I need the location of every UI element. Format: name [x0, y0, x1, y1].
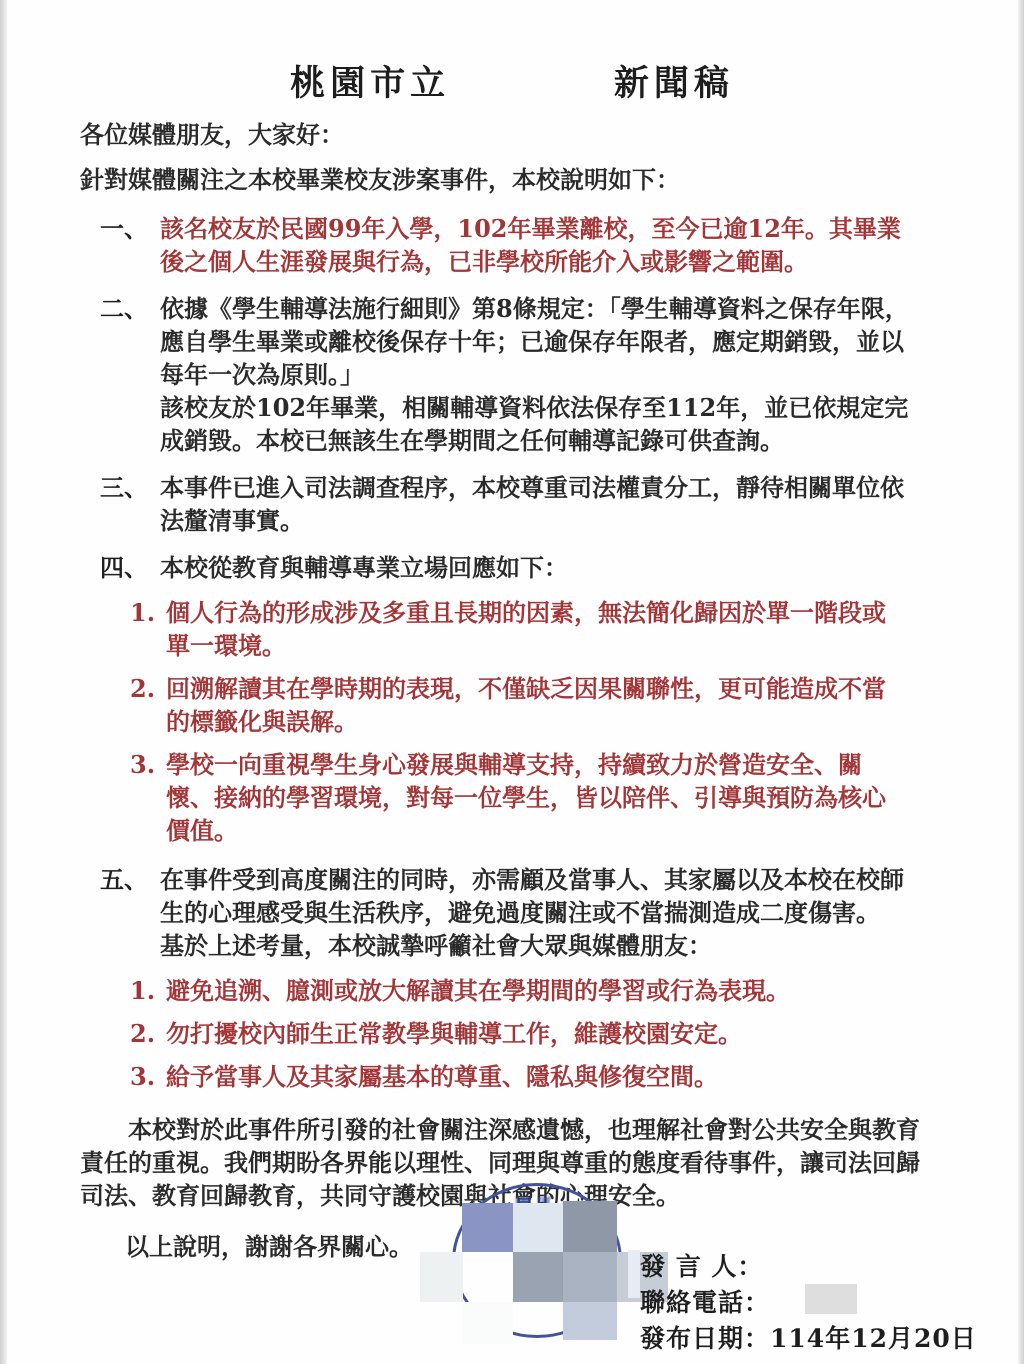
- section-2: 二、 依據《學生輔導法施行細則》第8條規定：「學生輔導資料之保存年限，應自學生畢…: [80, 292, 944, 457]
- subitem-text: 個人行為的形成涉及多重且長期的因素，無法簡化歸因於單一階段或單一環境。: [166, 596, 906, 662]
- redaction-mosaic-block: [563, 1201, 617, 1252]
- section-1: 一、 該名校友於民國99年入學，102年畢業離校，至今已逾12年。其畢業後之個人…: [80, 212, 944, 278]
- subitem: 2. 勿打擾校內師生正常教學與輔導工作，維護校園安定。: [130, 1017, 944, 1050]
- redaction-mosaic-block: [420, 1252, 463, 1302]
- title-school-prefix: 桃園市立: [290, 56, 450, 106]
- redaction-mosaic-block: [462, 1203, 513, 1252]
- subitem: 2. 回溯解讀其在學時期的表現，不僅缺乏因果關聯性，更可能造成不當的標籤化與誤解…: [130, 672, 944, 738]
- subitem: 1. 個人行為的形成涉及多重且長期的因素，無法簡化歸因於單一階段或單一環境。: [130, 596, 944, 662]
- section-2-paragraph-2: 該校友於102年畢業，相關輔導資料依法保存至112年，並已依規定完成銷毀。本校已…: [160, 391, 918, 457]
- section-5-paragraph-2: 基於上述考量，本校誠摯呼籲社會大眾與媒體朋友：: [160, 929, 918, 962]
- subitem-text: 給予當事人及其家屬基本的尊重、隱私與修復空間。: [166, 1060, 906, 1093]
- subitem-text: 回溯解讀其在學時期的表現，不僅缺乏因果關聯性，更可能造成不當的標籤化與誤解。: [166, 672, 906, 738]
- subitem-number: 2.: [130, 1017, 166, 1050]
- section-5-number: 五、: [100, 863, 160, 962]
- title-suffix: ·新聞稿: [608, 56, 734, 106]
- section-2-text: 依據《學生輔導法施行細則》第8條規定：「學生輔導資料之保存年限，應自學生畢業或離…: [160, 292, 918, 457]
- redaction-mosaic-block: [628, 1250, 640, 1298]
- section-3-text: 本事件已進入司法調查程序，本校尊重司法權責分工，靜待相關單位依法釐清事實。: [160, 471, 918, 537]
- greeting-line: 各位媒體朋友，大家好：: [80, 118, 944, 151]
- section-3: 三、 本事件已進入司法調查程序，本校尊重司法權責分工，靜待相關單位依法釐清事實。: [80, 471, 944, 537]
- redaction-mosaic-block: [563, 1252, 617, 1302]
- redaction-mosaic-block: [462, 1302, 513, 1344]
- section-5-subitems: 1. 避免追溯、臆測或放大解讀其在學期間的學習或行為表現。 2. 勿打擾校內師生…: [80, 974, 944, 1093]
- section-3-number: 三、: [100, 471, 160, 537]
- redaction-mosaic-block: [563, 1302, 617, 1340]
- release-date-line: 發布日期：114年12月20日: [640, 1319, 977, 1355]
- scan-edge-right: [1018, 0, 1024, 1364]
- section-1-text: 該名校友於民國99年入學，102年畢業離校，至今已逾12年。其畢業後之個人生涯發…: [160, 212, 918, 278]
- subitem-number: 1.: [130, 596, 166, 662]
- release-date-value: 114年12月20日: [770, 1324, 977, 1353]
- section-4-text: 本校從教育與輔導專業立場回應如下：: [160, 551, 918, 584]
- section-2-paragraph-1: 依據《學生輔導法施行細則》第8條規定：「學生輔導資料之保存年限，應自學生畢業或離…: [160, 292, 918, 391]
- spokesperson-line: 發 言 人：: [640, 1247, 763, 1283]
- redaction-mosaic-block: [513, 1203, 563, 1252]
- section-4: 四、 本校從教育與輔導專業立場回應如下：: [80, 551, 944, 584]
- scan-edge-left: [0, 0, 7, 1364]
- document-title: 桃園市立 ·新聞稿: [80, 56, 944, 102]
- subitem-number: 3.: [130, 1060, 166, 1093]
- release-date-label: 發布日期：: [640, 1324, 770, 1353]
- redaction-mosaic-block: [513, 1252, 563, 1302]
- section-1-number: 一、: [100, 212, 160, 278]
- section-5-text: 在事件受到高度關注的同時，亦需顧及當事人、其家屬以及本校在校師生的心理感受與生活…: [160, 863, 918, 962]
- subitem-text: 學校一向重視學生身心發展與輔導支持，持續致力於營造安全、關懷、接納的學習環境，對…: [166, 748, 906, 847]
- contact-phone-line: 聯絡電話：: [640, 1283, 770, 1319]
- press-release-document: 桃園市立 ·新聞稿 各位媒體朋友，大家好： 針對媒體關注之本校畢業校友涉案事件，…: [0, 0, 1024, 1364]
- subitem: 3. 學校一向重視學生身心發展與輔導支持，持續致力於營造安全、關懷、接納的學習環…: [130, 748, 944, 847]
- stray-scan-mark: ·: [622, 79, 628, 100]
- section-4-subitems: 1. 個人行為的形成涉及多重且長期的因素，無法簡化歸因於單一階段或單一環境。 2…: [80, 596, 944, 847]
- document-content: 桃園市立 ·新聞稿 各位媒體朋友，大家好： 針對媒體關注之本校畢業校友涉案事件，…: [0, 0, 1024, 1263]
- intro-line: 針對媒體關注之本校畢業校友涉案事件，本校說明如下：: [80, 163, 944, 196]
- section-5-paragraph-1: 在事件受到高度關注的同時，亦需顧及當事人、其家屬以及本校在校師生的心理感受與生活…: [160, 863, 918, 929]
- subitem-number: 2.: [130, 672, 166, 738]
- subitem-text: 勿打擾校內師生正常教學與輔導工作，維護校園安定。: [166, 1017, 906, 1050]
- section-5: 五、 在事件受到高度關注的同時，亦需顧及當事人、其家屬以及本校在校師生的心理感受…: [80, 863, 944, 962]
- section-2-number: 二、: [100, 292, 160, 457]
- subitem-number: 3.: [130, 748, 166, 847]
- subitem-number: 1.: [130, 974, 166, 1007]
- phone-redaction-block: [805, 1284, 857, 1314]
- subitem-text: 避免追溯、臆測或放大解讀其在學期間的學習或行為表現。: [166, 974, 906, 1007]
- subitem: 3. 給予當事人及其家屬基本的尊重、隱私與修復空間。: [130, 1060, 944, 1093]
- section-4-number: 四、: [100, 551, 160, 584]
- subitem: 1. 避免追溯、臆測或放大解讀其在學期間的學習或行為表現。: [130, 974, 944, 1007]
